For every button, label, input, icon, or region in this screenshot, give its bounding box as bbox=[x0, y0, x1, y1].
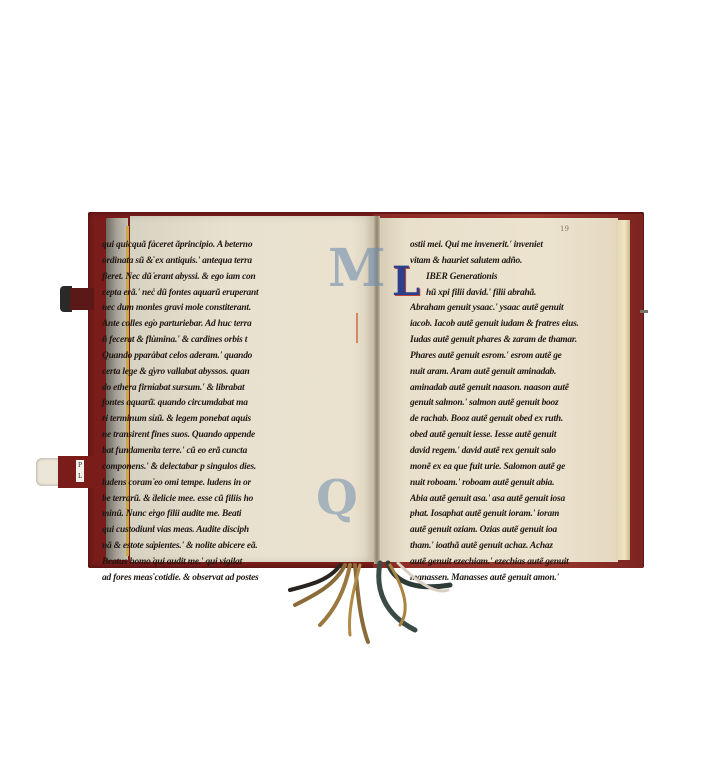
text-line: certa lege & gyro vallabat abyssos. quan bbox=[102, 365, 352, 381]
ribbon-bookmarks bbox=[280, 560, 460, 650]
text-line: bat fundamenta terre.' cũ eo erã cuncta bbox=[102, 444, 352, 460]
text-line: fieret. Nec dũ erant abyssi. & ego iam c… bbox=[102, 270, 352, 286]
text-line: vitam & hauriet salutem adño. bbox=[410, 254, 585, 270]
text-line: Abia autẽ genuit asa.' asa autẽ genuit i… bbox=[410, 492, 585, 508]
text-line: nuit roboam.' roboam autẽ genuit abia. bbox=[410, 476, 585, 492]
text-line: iacob. Iacob autẽ genuit iudam & fratres… bbox=[410, 317, 585, 333]
text-line: Quando pparabat celos aderam.' quando bbox=[102, 349, 352, 365]
text-line: nã & estote sapientes.' & nolite abicere… bbox=[102, 539, 352, 555]
text-line: tham.' ioathã autẽ genuit achaz. Achaz bbox=[410, 539, 585, 555]
text-line: genuit salmon.' salmon autẽ genuit booz bbox=[410, 396, 585, 412]
text-line: ordinata sũ & ex antiquis.' antequa terr… bbox=[102, 254, 352, 270]
text-line: ne transirent fines suos. Quando appende bbox=[102, 428, 352, 444]
text-line: cepta erã.' nec dũ fontes aquarũ erupera… bbox=[102, 286, 352, 302]
text-line: phat. Iosaphat autẽ genuit ioram.' ioram bbox=[410, 507, 585, 523]
right-page-text: ostii mei. Qui me invenerit.' invenietvi… bbox=[410, 238, 585, 587]
text-line: obed autẽ genuit iesse. Iesse autẽ genui… bbox=[410, 428, 585, 444]
text-line: be terrarũ. & delicie mee. esse cũ filii… bbox=[102, 492, 352, 508]
folio-number: 19 bbox=[560, 225, 569, 233]
clasp-metal-icon bbox=[36, 458, 60, 486]
text-line: david regem.' david autẽ rex genuit salo bbox=[410, 444, 585, 460]
text-line: hũ xpi filii david.' filii abrahã. bbox=[410, 286, 585, 302]
text-line: Ante colles ego parturiebar. Ad huc terr… bbox=[102, 317, 352, 333]
text-line: Abraham genuit ysaac.' ysaac autẽ genuit bbox=[410, 301, 585, 317]
text-line: do ethera firmabat sursum.' & librabat bbox=[102, 381, 352, 397]
text-line: Iudas autẽ genuit phares & zaram de tham… bbox=[410, 333, 585, 349]
clasp-pin bbox=[640, 310, 648, 313]
text-line: ñ fecerat & flumina.' & cardines orbis t bbox=[102, 333, 352, 349]
text-line: ludens coram eo omi tempe. ludens in or bbox=[102, 476, 352, 492]
left-page-text: qui quicquã faceret ãprincipio. A betern… bbox=[102, 238, 352, 587]
text-line: Phares autẽ genuit esrom.' esrom autẽ ge bbox=[410, 349, 585, 365]
margin-mark bbox=[356, 313, 358, 343]
text-line: fontes aquarũ. quando circumdabat ma bbox=[102, 396, 352, 412]
text-line: IBER Generationis bbox=[410, 270, 585, 286]
text-line: ri terminum suũ. & legem ponebat aquis bbox=[102, 412, 352, 428]
page-edges-right bbox=[616, 220, 630, 560]
text-line: minũ. Nunc ergo filii audite me. Beati bbox=[102, 507, 352, 523]
text-line: componens.' & delectabar p singulos dies… bbox=[102, 460, 352, 476]
text-line: ostii mei. Qui me invenerit.' inveniet bbox=[410, 238, 585, 254]
text-line: nec dum montes gravi mole constiterant. bbox=[102, 301, 352, 317]
clasp-label: P L bbox=[76, 460, 84, 482]
text-line: qui quicquã faceret ãprincipio. A betern… bbox=[102, 238, 352, 254]
text-line: nuit aram. Aram autẽ genuit aminadab. bbox=[410, 365, 585, 381]
text-line: de rachab. Booz autẽ genuit obed ex ruth… bbox=[410, 412, 585, 428]
text-line: aminadab autẽ genuit naason. naason autẽ bbox=[410, 381, 585, 397]
text-line: qui custodiunt vias meas. Audite disciph bbox=[102, 523, 352, 539]
clasp-bottom: P L bbox=[36, 456, 94, 488]
text-line: monẽ ex ea que fuit urie. Salomon autẽ g… bbox=[410, 460, 585, 476]
clasp-top bbox=[60, 286, 92, 312]
clasp-strap bbox=[70, 288, 94, 310]
text-line: autẽ genuit oziam. Ozias autẽ genuit ioa bbox=[410, 523, 585, 539]
